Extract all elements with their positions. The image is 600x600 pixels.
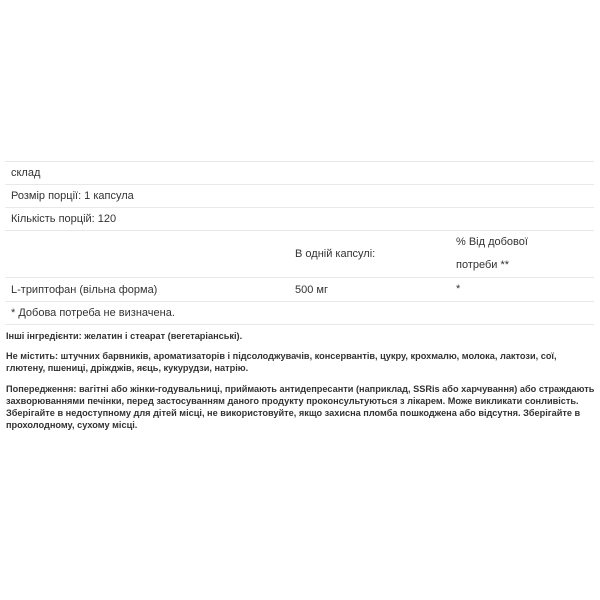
header-dv-line2: потреби ** xyxy=(456,254,594,277)
header-amount: В одній капсулі: xyxy=(289,231,450,278)
table-row: L-триптофан (вільна форма) 500 мг * xyxy=(5,278,594,302)
other-ingredients: Інші інгредієнти: желатин і стеарат (вег… xyxy=(6,330,596,342)
product-notes: Інші інгредієнти: желатин і стеарат (вег… xyxy=(6,330,596,439)
supplement-facts-table: склад Розмір порції: 1 капсула Кількість… xyxy=(5,161,594,325)
ingredient-dv: * xyxy=(450,278,594,302)
ingredient-amount: 500 мг xyxy=(289,278,450,302)
header-daily-value: % Від добової потреби ** xyxy=(450,231,594,278)
ingredient-name: L-триптофан (вільна форма) xyxy=(5,278,289,302)
footnote: * Добова потреба не визначена. xyxy=(5,302,594,325)
table-row: * Добова потреба не визначена. xyxy=(5,302,594,325)
warning-statement: Попередження: вагітні або жінки-годуваль… xyxy=(6,383,596,432)
table-header-row: В одній капсулі: % Від добової потреби *… xyxy=(5,231,594,278)
serving-size: Розмір порції: 1 капсула xyxy=(5,185,594,208)
header-name xyxy=(5,231,289,278)
header-dv-line1: % Від добової xyxy=(456,231,594,254)
servings-per-container: Кількість порцій: 120 xyxy=(5,208,594,231)
table-row: Кількість порцій: 120 xyxy=(5,208,594,231)
facts-title: склад xyxy=(5,162,594,185)
free-of-statement: Не містить: штучних барвників, ароматиза… xyxy=(6,350,596,374)
table-row: Розмір порції: 1 капсула xyxy=(5,185,594,208)
table-row: склад xyxy=(5,162,594,185)
